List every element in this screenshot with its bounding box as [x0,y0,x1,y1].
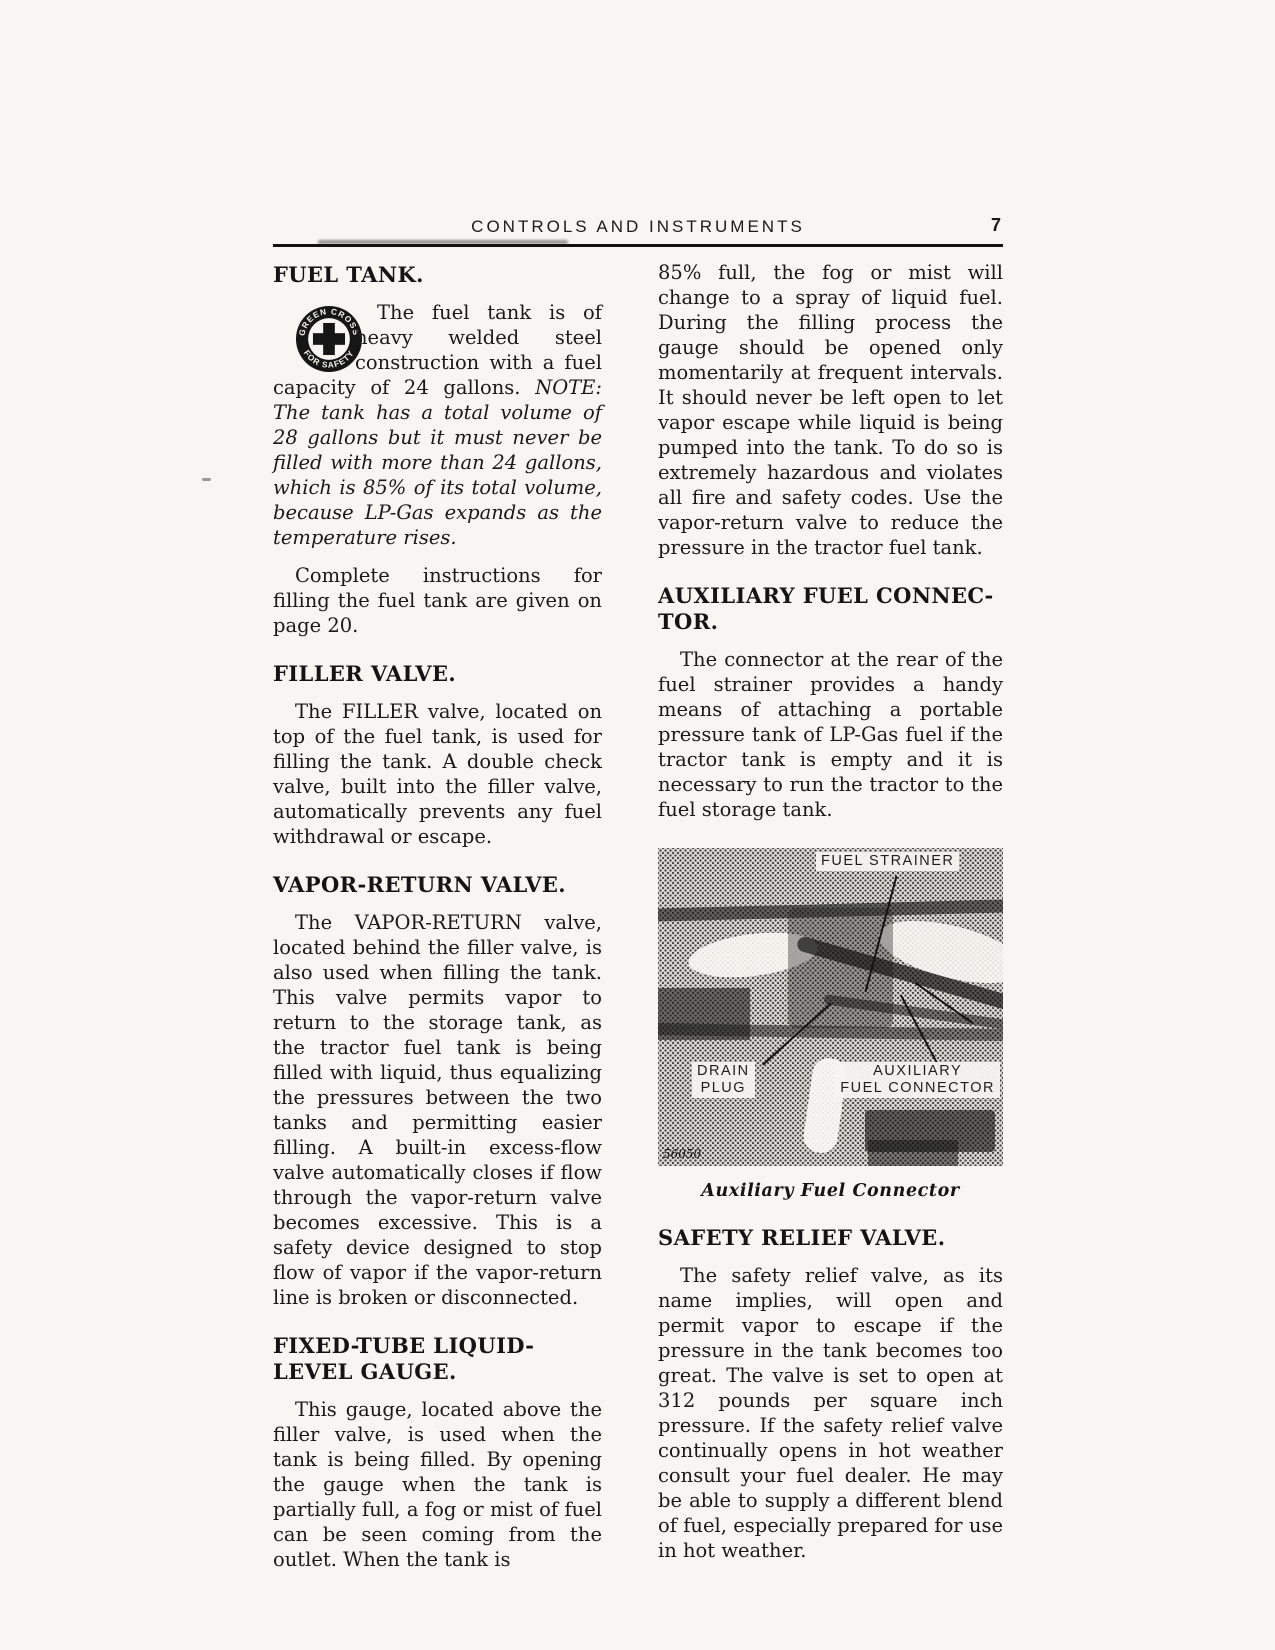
aux-heading-line-1: AUXILIARY FUEL CONNEC- [658,583,1003,609]
scan-speck [202,478,211,481]
section-heading-filler-valve: FILLER VALVE. [273,661,602,687]
page-number: 7 [991,215,1001,236]
fuel-tank-paragraph-2: Complete instructions for filling the fu… [273,563,602,638]
figure-caption: Auxiliary Fuel Connector [658,1181,1003,1201]
two-column-layout: FUEL TANK. GREEN CROSS [273,260,1003,1585]
drain-label-line-2: PLUG [697,1080,750,1097]
photo-shape [868,1140,958,1166]
manual-page-scan: CONTROLS AND INSTRUMENTS 7 FUEL TANK. [0,0,1275,1650]
page-content: CONTROLS AND INSTRUMENTS 7 FUEL TANK. [273,212,1003,1585]
running-header-title: CONTROLS AND INSTRUMENTS [471,217,805,237]
safety-relief-paragraph: The safety relief valve, as its name imp… [658,1263,1003,1563]
photo-label-fuel-strainer: FUEL STRAINER [816,852,959,871]
header-rule [273,244,1003,247]
drain-label-line-1: DRAIN [697,1063,750,1080]
halftone-photo: FUEL STRAINER DRAIN PLUG AUXILIARY FUEL … [658,848,1003,1166]
green-cross-safety-icon: GREEN CROSS FOR SAFETY [273,305,341,373]
section-heading-vapor-return-valve: VAPOR-RETURN VALVE. [273,872,602,898]
vapor-return-paragraph: The VAPOR-RETURN valve, located behind t… [273,910,602,1310]
section-heading-fuel-tank: FUEL TANK. [273,262,602,288]
right-column: 85% full, the fog or mist will change to… [658,260,1003,1585]
photo-label-aux-connector: AUXILIARY FUEL CONNECTOR [835,1062,1000,1098]
gauge-continuation-paragraph: 85% full, the fog or mist will change to… [658,260,1003,560]
section-heading-fixed-tube-gauge: FIXED-TUBE LIQUID-LEVEL GAUGE. [273,1333,602,1385]
aux-connector-paragraph: The connector at the rear of the fuel st… [658,647,1003,822]
fixed-tube-paragraph: This gauge, located above the filler val… [273,1397,602,1572]
aux-label-line-1: AUXILIARY [840,1063,995,1080]
photo-label-drain-plug: DRAIN PLUG [692,1062,755,1098]
aux-heading-line-2: TOR. [658,609,1003,635]
figure-number: 56050 [663,1147,701,1161]
filler-valve-paragraph: The FILLER valve, located on top of the … [273,699,602,849]
section-heading-auxiliary-fuel-connector: AUXILIARY FUEL CONNEC- TOR. [658,583,1003,635]
aux-label-line-2: FUEL CONNECTOR [840,1080,995,1097]
fuel-tank-paragraph: GREEN CROSS FOR SAFETY The fuel tank is … [273,300,602,550]
aux-connector-figure: FUEL STRAINER DRAIN PLUG AUXILIARY FUEL … [658,848,1003,1201]
section-heading-safety-relief-valve: SAFETY RELIEF VALVE. [658,1225,1003,1251]
left-column: FUEL TANK. GREEN CROSS [273,260,602,1585]
fuel-tank-note-text: NOTE: The tank has a total volume of 28 … [273,376,602,549]
